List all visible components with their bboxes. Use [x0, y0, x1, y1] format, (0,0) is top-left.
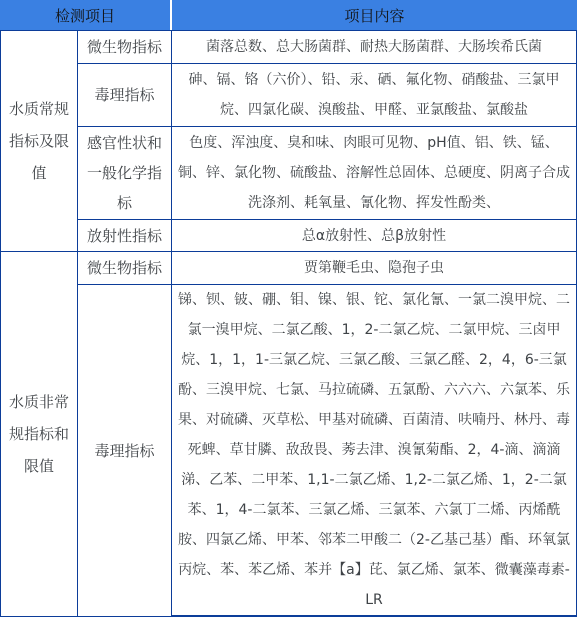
header-cell-test-items: 检测项目 — [0, 0, 172, 30]
content-cell-radioactive: 总α放射性、总β放射性 — [172, 220, 577, 252]
water-quality-test-table: 检测项目 项目内容 水质常规指标及限值 微生物指标 菌落总数、总大肠菌群、耐热大… — [0, 0, 577, 617]
content-cell-microbiological-2: 贾第鞭毛虫、隐孢子虫 — [172, 252, 577, 285]
content-cell-microbiological: 菌落总数、总大肠菌群、耐热大肠菌群、大肠埃希氏菌 — [172, 30, 577, 64]
table-header-row: 检测项目 项目内容 — [0, 0, 577, 30]
content-cell-toxicological: 砷、镉、铬（六价）、铅、汞、硒、氟化物、硝酸盐、三氯甲烷、四氯化碳、溴酸盐、甲醛… — [172, 64, 577, 127]
category-cell-sensory-chemical: 感官性状和一般化学指标 — [78, 127, 172, 220]
page: 检测项目 项目内容 水质常规指标及限值 微生物指标 菌落总数、总大肠菌群、耐热大… — [0, 0, 577, 617]
group-label-routine-indicators: 水质常规指标及限值 — [0, 30, 78, 252]
table-row: 感官性状和一般化学指标 色度、浑浊度、臭和味、肉眼可见物、pH值、铝、铁、锰、铜… — [0, 127, 577, 220]
category-cell-microbiological-2: 微生物指标 — [78, 252, 172, 285]
category-cell-microbiological: 微生物指标 — [78, 30, 172, 64]
header-cell-item-content: 项目内容 — [172, 0, 577, 30]
table-row: 水质常规指标及限值 微生物指标 菌落总数、总大肠菌群、耐热大肠菌群、大肠埃希氏菌 — [0, 30, 577, 64]
table-row: 毒理指标 锑、钡、铍、硼、钼、镍、银、铊、氯化氰、一氯二溴甲烷、二氯一溴甲烷、二… — [0, 285, 577, 617]
table-row: 毒理指标 砷、镉、铬（六价）、铅、汞、硒、氟化物、硝酸盐、三氯甲烷、四氯化碳、溴… — [0, 64, 577, 127]
category-cell-radioactive: 放射性指标 — [78, 220, 172, 252]
category-cell-toxicological: 毒理指标 — [78, 64, 172, 127]
group-label-nonroutine-indicators: 水质非常规指标和限值 — [0, 252, 78, 617]
table-row: 放射性指标 总α放射性、总β放射性 — [0, 220, 577, 252]
content-cell-toxicological-2: 锑、钡、铍、硼、钼、镍、银、铊、氯化氰、一氯二溴甲烷、二氯一溴甲烷、二氯乙酸、1… — [172, 285, 577, 617]
category-cell-toxicological-2: 毒理指标 — [78, 285, 172, 617]
content-cell-sensory-chemical: 色度、浑浊度、臭和味、肉眼可见物、pH值、铝、铁、锰、铜、锌、氯化物、硫酸盐、溶… — [172, 127, 577, 220]
table-row: 水质非常规指标和限值 微生物指标 贾第鞭毛虫、隐孢子虫 — [0, 252, 577, 285]
